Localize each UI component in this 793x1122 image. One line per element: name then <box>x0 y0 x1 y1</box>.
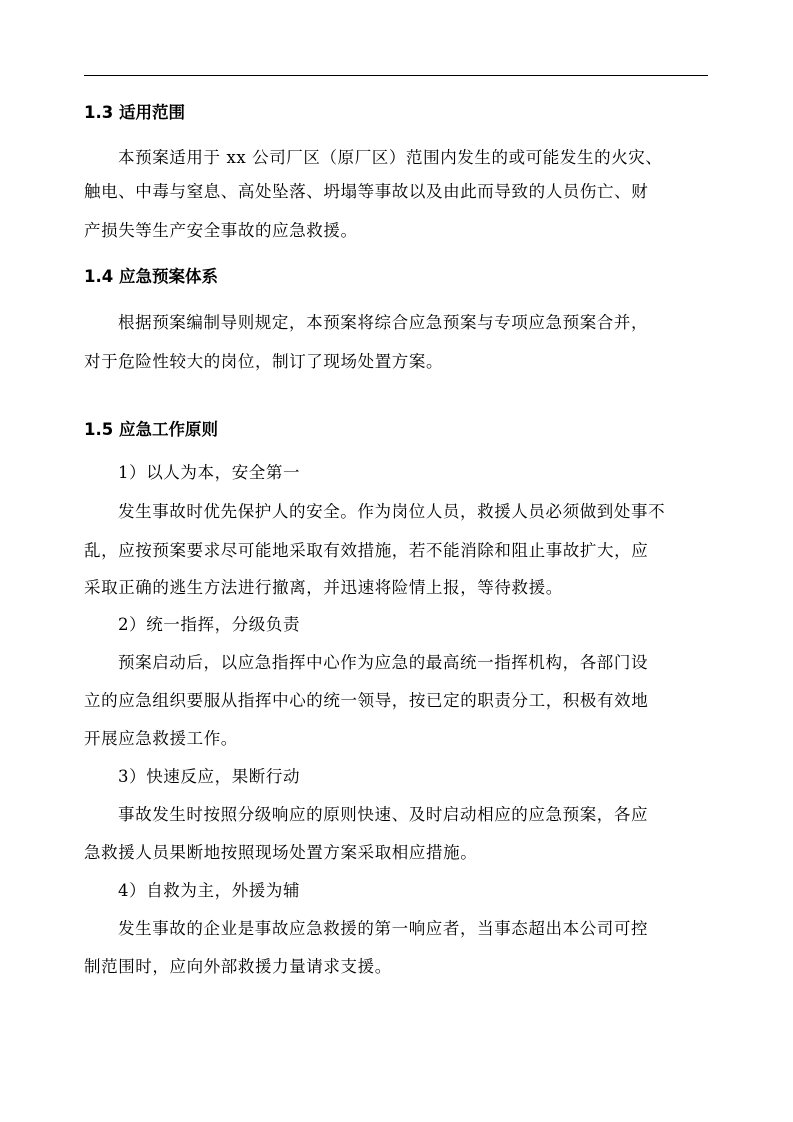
principle-title-1: 1）以人为本，安全第一 <box>118 463 300 483</box>
principle-title-3: 3）快速反应，果断行动 <box>118 767 300 787</box>
paragraph-line: 制范围时，应向外部救援力量请求支援。 <box>84 957 392 977</box>
principle-title-2: 2）统一指挥，分级负责 <box>118 615 300 635</box>
paragraph-line: 对于危险性较大的岗位，制订了现场处置方案。 <box>84 352 443 372</box>
principle-title-4: 4）自救为主，外援为辅 <box>118 881 300 901</box>
paragraph-line: 发生事故时优先保护人的安全。作为岗位人员，救援人员必须做到处事不 <box>118 502 665 522</box>
section-heading-1-4: 1.4 应急预案体系 <box>84 267 218 287</box>
paragraph-line: 立的应急组织要服从指挥中心的统一领导，按已定的职责分工，积极有效地 <box>84 691 648 711</box>
paragraph-line: 开展应急救援工作。 <box>84 729 238 749</box>
header-rule <box>84 75 708 76</box>
paragraph-line: 乱，应按预案要求尽可能地采取有效措施，若不能消除和阻止事故扩大，应 <box>84 541 648 561</box>
paragraph-line: 本预案适用于 xx 公司厂区（原厂区）范围内发生的或可能发生的火灾、 <box>118 148 663 168</box>
paragraph-line: 根据预案编制导则规定，本预案将综合应急预案与专项应急预案合并， <box>118 313 648 333</box>
paragraph-line: 预案启动后，以应急指挥中心作为应急的最高统一指挥机构，各部门设 <box>118 653 648 673</box>
section-heading-1-5: 1.5 应急工作原则 <box>84 420 218 440</box>
paragraph-line: 采取正确的逃生方法进行撤离，并迅速将险情上报，等待救援。 <box>84 578 563 598</box>
paragraph-line: 产损失等生产安全事故的应急救援。 <box>84 221 358 241</box>
paragraph-line: 事故发生时按照分级响应的原则快速、及时启动相应的应急预案，各应 <box>118 805 648 825</box>
section-heading-1-3: 1.3 适用范围 <box>84 103 185 123</box>
paragraph-line: 急救援人员果断地按照现场处置方案采取相应措施。 <box>84 843 477 863</box>
paragraph-line: 触电、中毒与窒息、高处坠落、坍塌等事故以及由此而导致的人员伤亡、财 <box>84 182 648 202</box>
paragraph-line: 发生事故的企业是事故应急救援的第一响应者，当事态超出本公司可控 <box>118 919 648 939</box>
